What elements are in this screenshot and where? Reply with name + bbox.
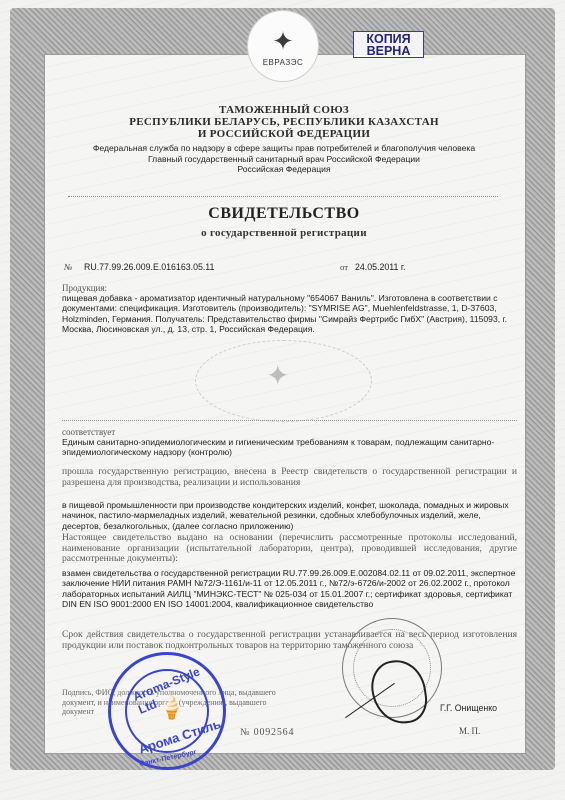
authority-heading: Федеральная служба по надзору в сфере за… — [44, 143, 524, 175]
authority-line: Российская Федерация — [44, 164, 524, 175]
eagle-icon: ✦ — [272, 28, 294, 54]
usage-text: в пищевой промышленности при производств… — [62, 500, 517, 531]
divider — [62, 420, 517, 421]
eagle-watermark-icon: ✦ — [266, 359, 289, 392]
copy-stamp-line: ВЕРНА — [354, 45, 423, 57]
registration-preamble: прошла государственную регистрацию, внес… — [62, 467, 517, 488]
seal-place-label: М. П. — [459, 726, 480, 736]
ice-cream-icon: 🍦 — [158, 695, 185, 721]
authority-line: Федеральная служба по надзору в сфере за… — [44, 143, 524, 154]
compliance-text: Единым санитарно-эпидемиологическим и ги… — [62, 437, 517, 458]
number-label: № — [64, 262, 72, 272]
watermark-seal: ✦ — [195, 340, 372, 422]
emblem-label: ЕВРАЗЭС — [263, 58, 304, 67]
certificate-number: RU.77.99.26.009.E.016163.05.11 — [84, 262, 214, 272]
compliance-section: соответствует Единым санитарно-эпидемиол… — [62, 427, 517, 458]
basis-preamble: Настоящее свидетельство выдано на основа… — [62, 533, 517, 565]
union-line: ТАМОЖЕННЫЙ СОЮЗ — [44, 104, 524, 116]
company-seal: Aroma-Style Ltd 🍦 Арома Стиль Санкт-Пете… — [108, 652, 226, 770]
authority-line: Главный государственный санитарный врач … — [44, 154, 524, 165]
compliance-label: соответствует — [62, 427, 517, 437]
divider — [68, 196, 498, 198]
certificate-page: ✦ ЕВРАЗЭС КОПИЯ ВЕРНА ТАМОЖЕННЫЙ СОЮЗ РЕ… — [0, 0, 565, 800]
basis-text: взамен свидетельства о государственной р… — [62, 568, 517, 610]
eurasec-emblem: ✦ ЕВРАЗЭС — [247, 10, 319, 82]
copy-certified-stamp: КОПИЯ ВЕРНА — [353, 31, 424, 58]
validity-text: Срок действия свидетельства о государств… — [62, 630, 517, 651]
customs-union-heading: ТАМОЖЕННЫЙ СОЮЗ РЕСПУБЛИКИ БЕЛАРУСЬ, РЕС… — [44, 104, 524, 140]
union-line: И РОССИЙСКОЙ ФЕДЕРАЦИИ — [44, 128, 524, 140]
certificate-date: 24.05.2011 г. — [355, 262, 405, 272]
date-label: от — [340, 262, 348, 272]
product-text: пищевая добавка - ароматизатор идентичны… — [62, 293, 517, 335]
product-section: Продукция: пищевая добавка - ароматизато… — [62, 283, 517, 335]
product-label: Продукция: — [62, 283, 517, 293]
union-line: РЕСПУБЛИКИ БЕЛАРУСЬ, РЕСПУБЛИКИ КАЗАХСТА… — [44, 116, 524, 128]
document-title: СВИДЕТЕЛЬСТВО — [44, 205, 524, 223]
signer-name: Г.Г. Онищенко — [440, 703, 497, 713]
serial-number: № 0092564 — [240, 727, 294, 738]
document-subtitle: о государственной регистрации — [44, 227, 524, 239]
